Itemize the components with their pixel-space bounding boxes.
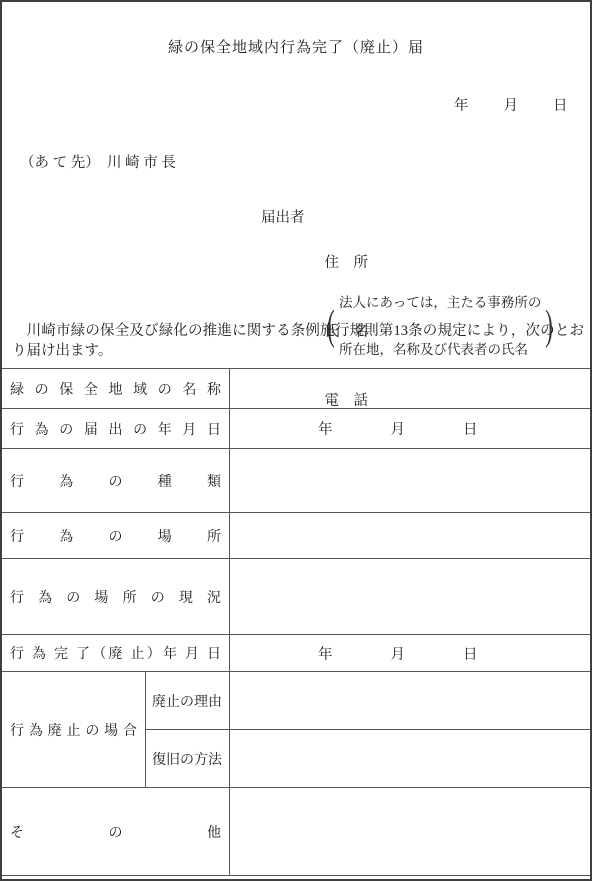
row-label-cell: そ の 他: [2, 788, 230, 875]
form-table: 緑 の 保 全 地 域 の 名 称 行 為 の 届 出 の 年 月 日 年 月 …: [2, 368, 590, 876]
abolition-sub-column: 廃止の理由 復旧の方法: [146, 672, 590, 787]
corporate-note-line1: 法人にあっては，主たる事務所の: [339, 295, 541, 311]
row-value-cell: [230, 559, 590, 634]
row-label-cell: 行 為 の 種 類: [2, 449, 230, 512]
row-label-cell: 行 為 完 了（廃 止）年 月 日: [2, 635, 230, 671]
row-label: 行 為 の 届 出 の 年 月 日: [10, 419, 221, 439]
form-document-page: 緑の保全地域内行為完了（廃止）届 年 月 日 （あ て 先） 川 崎 市 長 届…: [0, 0, 592, 881]
row-label: 行 為 の 場 所: [10, 526, 221, 546]
table-sub-row: 廃止の理由: [146, 672, 590, 730]
row-value-cell: [230, 513, 590, 558]
header-date-line: 年 月 日: [454, 94, 570, 115]
row-value-cell: 年 月 日: [230, 409, 590, 448]
sub-row-label: 廃止の理由: [146, 672, 230, 729]
row-label: 行 為 の 場 所 の 現 況: [10, 587, 221, 607]
table-row: そ の 他: [2, 787, 590, 876]
row-value-cell: [230, 369, 590, 408]
row-label: 行 為 完 了（廃 止）年 月 日: [10, 643, 221, 663]
row-value-cell: [230, 788, 590, 875]
table-row: 緑 の 保 全 地 域 の 名 称: [2, 368, 590, 408]
row-label: 行 為 廃 止 の 場 合: [10, 720, 137, 740]
body-paragraph: 川崎市緑の保全及び緑化の推進に関する条例施行規則第13条の規定により，次のとおり…: [12, 322, 584, 361]
row-label-cell: 緑 の 保 全 地 域 の 名 称: [2, 369, 230, 408]
row-label-cell: 行 為 の 場 所: [2, 513, 230, 558]
table-row: 行 為 の 場 所 の 現 況: [2, 558, 590, 634]
sub-row-value-cell: [230, 672, 590, 729]
row-label: そ の 他: [10, 822, 221, 842]
row-label-cell: 行 為 の 届 出 の 年 月 日: [2, 409, 230, 448]
row-label-cell: 行 為 廃 止 の 場 合: [2, 672, 146, 787]
row-label-cell: 行 為 の 場 所 の 現 況: [2, 559, 230, 634]
row-value-cell: [230, 449, 590, 512]
sub-row-label: 復旧の方法: [146, 730, 230, 787]
row-label: 緑 の 保 全 地 域 の 名 称: [10, 379, 221, 399]
table-sub-row: 復旧の方法: [146, 730, 590, 787]
sub-row-value-cell: [230, 730, 590, 787]
row-label: 行 為 の 種 類: [10, 471, 221, 491]
form-title: 緑の保全地域内行為完了（廃止）届: [2, 36, 590, 57]
row-value-cell: 年 月 日: [230, 635, 590, 671]
table-row-abolition-group: 行 為 廃 止 の 場 合 廃止の理由 復旧の方法: [2, 671, 590, 787]
table-row: 行 為 の 場 所: [2, 512, 590, 558]
table-row: 行 為 の 種 類: [2, 448, 590, 512]
table-row: 行 為 完 了（廃 止）年 月 日 年 月 日: [2, 634, 590, 671]
addressee-line: （あ て 先） 川 崎 市 長: [20, 151, 176, 172]
table-row: 行 為 の 届 出 の 年 月 日 年 月 日: [2, 408, 590, 448]
